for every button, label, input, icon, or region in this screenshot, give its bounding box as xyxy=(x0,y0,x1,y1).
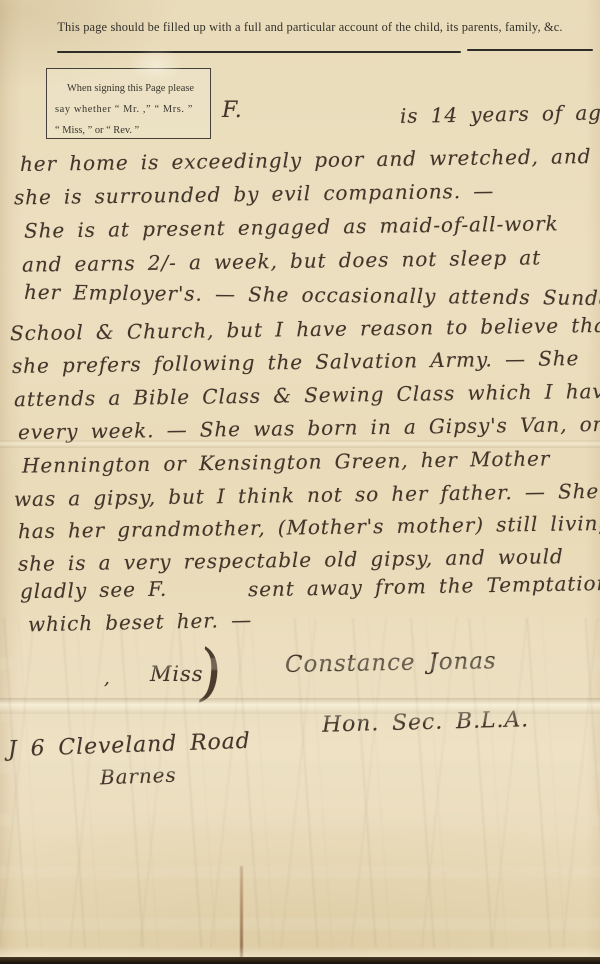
handwritten-line: she is surrounded by evil companions. — xyxy=(14,179,494,210)
paper-scuff-mark xyxy=(128,48,184,82)
instruction-line-1: When signing this Page please xyxy=(55,78,202,99)
handwritten-line: her home is exceedingly poor and wretche… xyxy=(20,144,592,176)
child-initial: F. xyxy=(222,98,243,123)
handwritten-line: her Employer's. — She occasionally atten… xyxy=(24,280,600,310)
handwritten-line: School & Church, but I have reason to be… xyxy=(10,313,600,345)
fold-crease-upper xyxy=(0,440,600,448)
handwritten-line: she prefers following the Salvation Army… xyxy=(12,346,580,378)
header-rule-right xyxy=(467,49,593,51)
handwritten-line: attends a Bible Class & Sewing Class whi… xyxy=(14,379,600,411)
handwritten-line: she is a very respectable old gipsy, and… xyxy=(18,544,564,576)
handwritten-line: sent away from the Temptations xyxy=(248,571,600,602)
handwritten-line: Hennington or Kensington Green, her Moth… xyxy=(22,446,551,477)
opening-line: is 14 years of age, xyxy=(400,100,600,128)
printed-header-instruction: This page should be filled up with a ful… xyxy=(30,20,590,35)
show-through-ghost-text xyxy=(0,618,600,948)
handwritten-line: She is at present engaged as maid-of-all… xyxy=(24,211,559,242)
instruction-line-2: say whether “ Mr. ,” “ Mrs. ” xyxy=(55,99,202,120)
scan-bottom-edge-shadow xyxy=(0,957,600,964)
header-rule-left xyxy=(57,51,461,53)
letter-page: This page should be filled up with a ful… xyxy=(0,0,600,964)
instruction-line-3: “ Miss, ” or “ Rev. ” xyxy=(55,120,202,141)
handwritten-line: gladly see F. xyxy=(20,577,167,604)
handwritten-line: was a gipsy, but I think not so her fath… xyxy=(14,479,600,511)
handwritten-line: has her grandmother, (Mother's mother) s… xyxy=(18,511,600,543)
handwritten-line: and earns 2/- a week, but does not sleep… xyxy=(22,245,541,276)
signing-instruction-box: When signing this Page please say whethe… xyxy=(46,68,211,139)
